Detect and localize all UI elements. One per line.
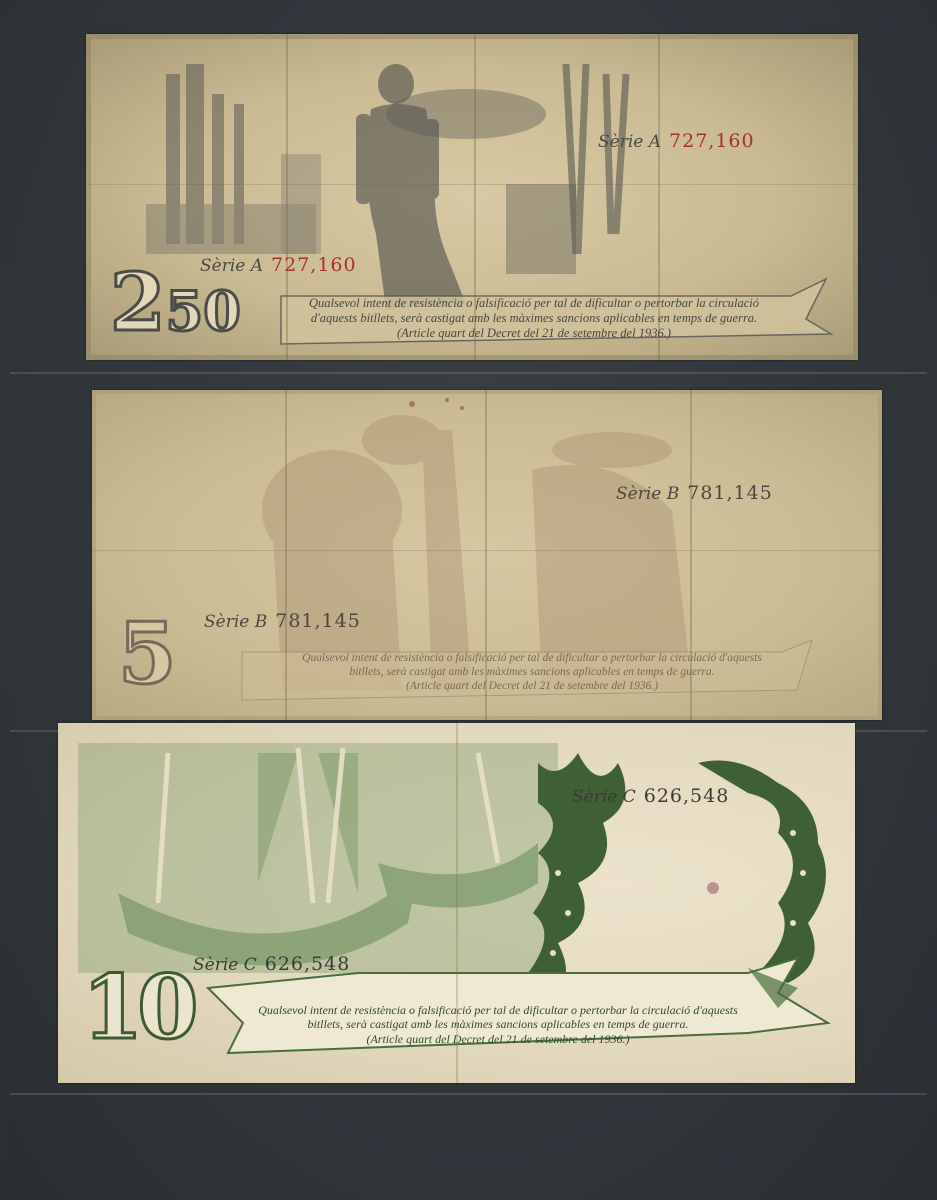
serial-label: Sèrie A bbox=[200, 256, 263, 276]
serial-number-upper: Sèrie A727,160 bbox=[598, 130, 755, 152]
legal-line: (Article quart del Decret del 21 de sete… bbox=[252, 680, 812, 694]
serial-number-lower: Sèrie A727,160 bbox=[200, 254, 357, 276]
legal-line: d'aquests bitllets, serà castigat amb le… bbox=[284, 311, 784, 326]
serial-label: Sèrie C bbox=[193, 955, 257, 975]
serial-value: 626,548 bbox=[644, 785, 730, 807]
legal-line: Qualsevol intent de resistència o falsif… bbox=[218, 1003, 778, 1017]
serial-value: 781,145 bbox=[275, 610, 361, 632]
denomination: 10 bbox=[82, 963, 192, 1051]
serial-value: 781,145 bbox=[687, 482, 773, 504]
fold-line bbox=[92, 550, 882, 551]
serial-label: Sèrie A bbox=[598, 132, 661, 152]
legal-line: Qualsevol intent de resistència o falsif… bbox=[252, 652, 812, 666]
serial-number-upper: Sèrie C626,548 bbox=[572, 785, 729, 807]
legal-warning-text: Qualsevol intent de resistència o falsif… bbox=[252, 652, 812, 693]
serial-number-upper: Sèrie B781,145 bbox=[616, 482, 773, 504]
legal-line: Qualsevol intent de resistència o falsif… bbox=[284, 296, 784, 311]
serial-number-lower: Sèrie B781,145 bbox=[204, 610, 361, 632]
serial-number-lower: Sèrie C626,548 bbox=[193, 953, 350, 975]
serial-value: 727,160 bbox=[271, 254, 357, 276]
denomination: 5 bbox=[118, 612, 176, 696]
banknote-2-50: 250 Sèrie A727,160 Sèrie A727,160 Qualse… bbox=[86, 34, 858, 360]
serial-value: 727,160 bbox=[669, 130, 755, 152]
denomination-main: 2 bbox=[110, 255, 166, 349]
fold-line bbox=[86, 184, 858, 185]
legal-warning-text: Qualsevol intent de resistència o falsif… bbox=[218, 1003, 778, 1046]
serial-label: Sèrie B bbox=[204, 612, 267, 632]
legal-line: bitllets, serà castigat amb les màximes … bbox=[218, 1017, 778, 1031]
banknote-10: 10 Sèrie C626,548 Sèrie C626,548 Qualsev… bbox=[58, 723, 855, 1083]
legal-line: (Article quart del Decret del 21 de sete… bbox=[284, 326, 784, 341]
legal-line: (Article quart del Decret del 21 de sete… bbox=[218, 1032, 778, 1046]
legal-warning-text: Qualsevol intent de resistència o falsif… bbox=[284, 296, 784, 341]
legal-line: bitllets, serà castigat amb les màximes … bbox=[252, 666, 812, 680]
banknote-5: 5 Sèrie B781,145 Sèrie B781,145 Qualsevo… bbox=[92, 390, 882, 720]
serial-value: 626,548 bbox=[265, 953, 351, 975]
sleeve-divider bbox=[10, 1093, 927, 1095]
serial-label: Sèrie C bbox=[572, 787, 636, 807]
sleeve-divider bbox=[10, 372, 927, 374]
serial-label: Sèrie B bbox=[616, 484, 679, 504]
denomination-fraction: 50 bbox=[166, 279, 241, 343]
